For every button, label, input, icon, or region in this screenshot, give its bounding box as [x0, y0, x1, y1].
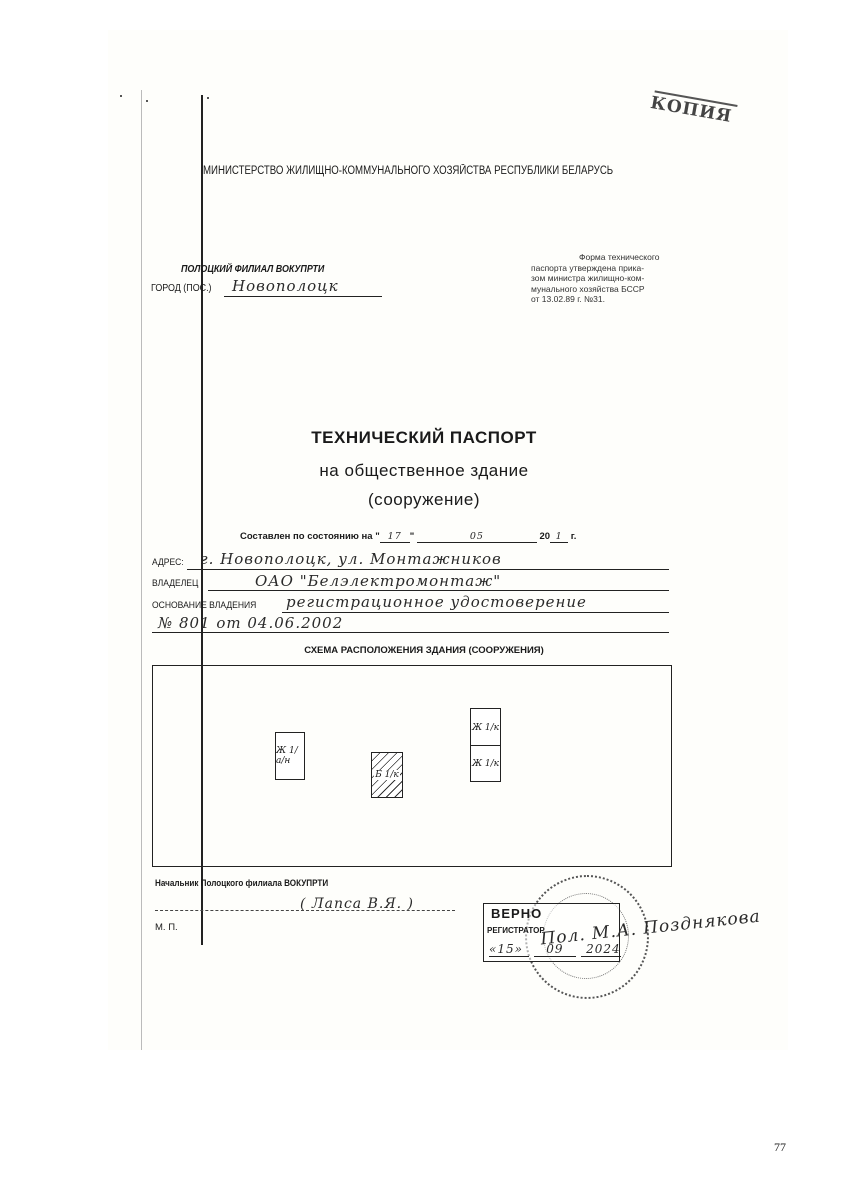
building-1: Ж 1/а/н — [275, 732, 305, 780]
signatory-name: ( Лапса В.Я. ) — [300, 896, 414, 912]
form-note-line: мунального хозяйства БССР — [531, 284, 671, 295]
document-subtitle: на общественное здание — [0, 461, 848, 481]
building-label: Ж 1/а/н — [276, 746, 304, 766]
ownership-basis-label: ОСНОВАНИЕ ВЛАДЕНИЯ — [152, 600, 256, 611]
building-label: Ж 1/к — [472, 723, 499, 733]
address-label: АДРЕС: — [152, 557, 184, 568]
document-title: ТЕХНИЧЕСКИЙ ПАСПОРТ — [0, 428, 848, 448]
city-value: Новополоцк — [232, 277, 339, 295]
verification-day: «15» — [489, 942, 529, 957]
owner-label: ВЛАДЕЛЕЦ — [152, 578, 198, 589]
address-value: г. Новополоцк, ул. Монтажников — [200, 550, 502, 568]
form-note-line: зом министра жилищно-ком- — [531, 273, 671, 284]
building-label: Б 1/к — [374, 770, 400, 780]
ministry-header: МИНИСТЕРСТВО ЖИЛИЩНО-КОММУНАЛЬНОГО ХОЗЯЙ… — [203, 165, 613, 177]
fold-line-left — [141, 90, 142, 1050]
scheme-title: СХЕМА РАСПОЛОЖЕНИЯ ЗДАНИЯ (СООРУЖЕНИЯ) — [0, 645, 848, 656]
date-quote: " — [410, 531, 415, 542]
seal-place-label: М. П. — [155, 922, 178, 933]
form-note-line: паспорта утверждена прика- — [531, 263, 671, 274]
date-year: 1 — [550, 531, 568, 543]
ownership-underline-2 — [152, 632, 669, 633]
date-month: 05 — [417, 531, 537, 543]
building-2-hatched: Б 1/к — [371, 752, 403, 798]
ownership-basis-value-2: № 801 от 04.06.2002 — [158, 614, 343, 632]
building-label: Ж 1/к — [472, 759, 499, 769]
building-4: Ж 1/к — [470, 745, 501, 782]
scan-speck — [207, 97, 209, 99]
form-note-line: Форма технического — [531, 252, 671, 263]
owner-value: ОАО "Белэлектромонтаж" — [255, 572, 501, 590]
verification-title: ВЕРНО — [491, 906, 542, 921]
building-3: Ж 1/к — [470, 708, 501, 747]
city-underline — [224, 296, 382, 297]
scan-speck — [146, 100, 148, 102]
page-number: 77 — [774, 1140, 786, 1155]
site-plan-box: Ж 1/а/н Б 1/к Ж 1/к Ж 1/к — [152, 665, 672, 867]
form-approval-note: Форма технического паспорта утверждена п… — [531, 252, 671, 305]
address-underline — [187, 569, 669, 570]
ownership-underline — [282, 612, 669, 613]
owner-underline — [208, 590, 669, 591]
chief-title: Начальник Полоцкого филиала ВОКУПРТИ — [155, 878, 328, 888]
registrar-label: РЕГИСТРАТОР — [487, 926, 545, 935]
date-suffix: г. — [571, 531, 577, 542]
ownership-basis-value: регистрационное удостоверение — [286, 593, 587, 611]
as-of-date: Составлен по состоянию на "17" 05 201 г. — [240, 531, 576, 543]
branch-name: ПОЛОЦКИЙ ФИЛИАЛ ВОКУПРТИ — [181, 263, 324, 275]
date-year-prefix: 20 — [540, 531, 551, 542]
date-day: 17 — [380, 531, 410, 543]
scan-speck — [120, 95, 122, 97]
city-label: ГОРОД (ПОС.) — [151, 282, 212, 294]
document-subtitle-2: (сооружение) — [0, 490, 848, 510]
form-note-line: от 13.02.89 г. №31. — [531, 294, 671, 305]
date-prefix: Составлен по состоянию на " — [240, 531, 380, 542]
